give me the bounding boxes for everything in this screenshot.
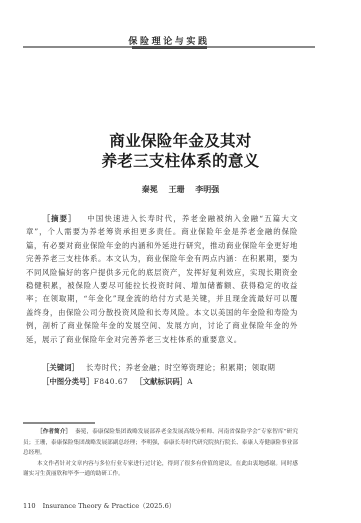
footnote-divider <box>23 422 95 424</box>
article-title-line-1: 商业保险年金及其对 <box>0 131 361 151</box>
author-name: 李明强 <box>195 185 219 194</box>
abstract: ［摘要］ 中国快速进入长寿时代，养老金融被纳入金融“五篇大文章”，个人需要为养老… <box>26 212 298 346</box>
doc-code-value: A <box>187 377 193 386</box>
author-name: 秦冕 <box>142 185 158 194</box>
acknowledgement: 本文作者针对文章内容与多位行业专家进行过讨论，得到了很多有价值的建议，在此由衷地… <box>23 459 298 480</box>
page-number: 110 <box>23 502 36 510</box>
footnote: ［作者简介］ 秦冕，泰康保险集团战略发展部养老金发展高级分析师、河南省保险学会“… <box>23 427 298 480</box>
author-bio-label: ［作者简介］ <box>37 429 71 435</box>
abstract-label: ［摘要］ <box>42 214 77 223</box>
abstract-text: 中国快速进入长寿时代，养老金融被纳入金融“五篇大文章”，个人需要为养老筹资承担更… <box>26 214 298 344</box>
journal-name: Insurance Theory & Practice（2025.6） <box>43 502 176 510</box>
running-header: 保险理论与实践 <box>23 34 315 48</box>
keywords-label: ［关键词］ <box>42 363 79 372</box>
article-title: 商业保险年金及其对 养老三支柱体系的意义 <box>0 131 361 171</box>
page-footer: 110Insurance Theory & Practice（2025.6） <box>23 500 175 510</box>
clc-label: ［中图分类号］ <box>42 377 94 386</box>
article-title-line-2: 养老三支柱体系的意义 <box>0 151 361 171</box>
author-name: 王珊 <box>169 185 185 194</box>
classification-line: ［中图分类号］F840.67 ［文献标识码］A <box>42 376 193 387</box>
clc-value: F840.67 <box>94 377 129 386</box>
keywords-line: ［关键词］ 长寿时代；养老金融；时空筹资理论；积累期；领取期 <box>42 362 275 373</box>
author-bio: ［作者简介］ 秦冕，泰康保险集团战略发展部养老金发展高级分析师、河南省保险学会“… <box>23 427 298 459</box>
header-divider-accent <box>132 46 207 49</box>
keywords-value: 长寿时代；养老金融；时空筹资理论；积累期；领取期 <box>86 363 275 372</box>
author-list: 秦冕 王珊 李明强 <box>0 184 361 195</box>
doc-code-label: ［文献标识码］ <box>135 377 187 386</box>
